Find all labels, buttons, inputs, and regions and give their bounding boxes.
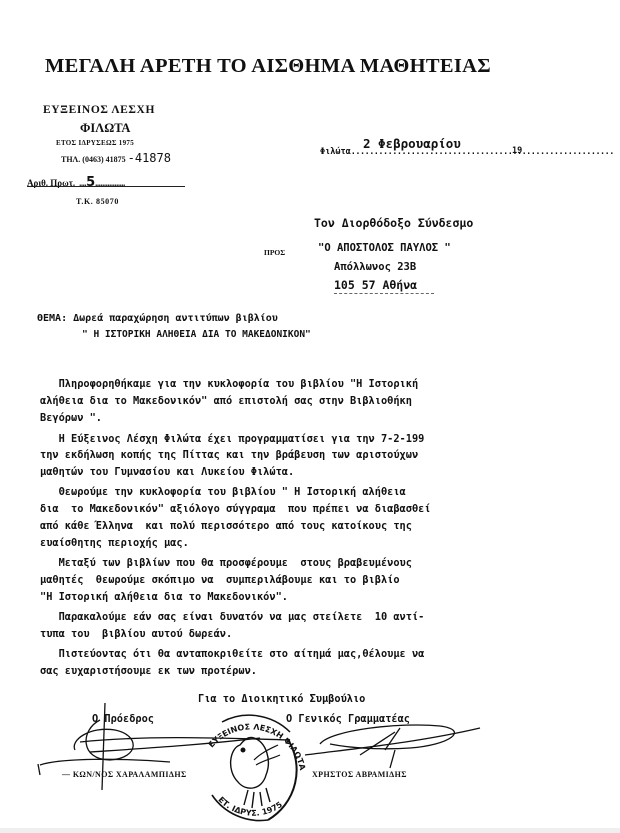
president-signature xyxy=(38,703,290,790)
signatures-and-stamp: ΕΥΞΕΙΝΟΣ ΛΕΣΧΗ ΦΙΛΩΤΑ ΕΤ. ΙΔΡΥΣ. 1975 xyxy=(0,0,620,833)
stamp-bottom-text: ΕΤ. ΙΔΡΥΣ. 1975 xyxy=(216,795,284,818)
letter-page: ΜΕΓΑΛΗ ΑΡΕΤΗ ΤΟ ΑΙΣΘΗΜΑ ΜΑΘΗΤΕΙΑΣ ΕΥΞΕΙΝ… xyxy=(0,0,620,828)
secretary-signature xyxy=(305,725,480,768)
